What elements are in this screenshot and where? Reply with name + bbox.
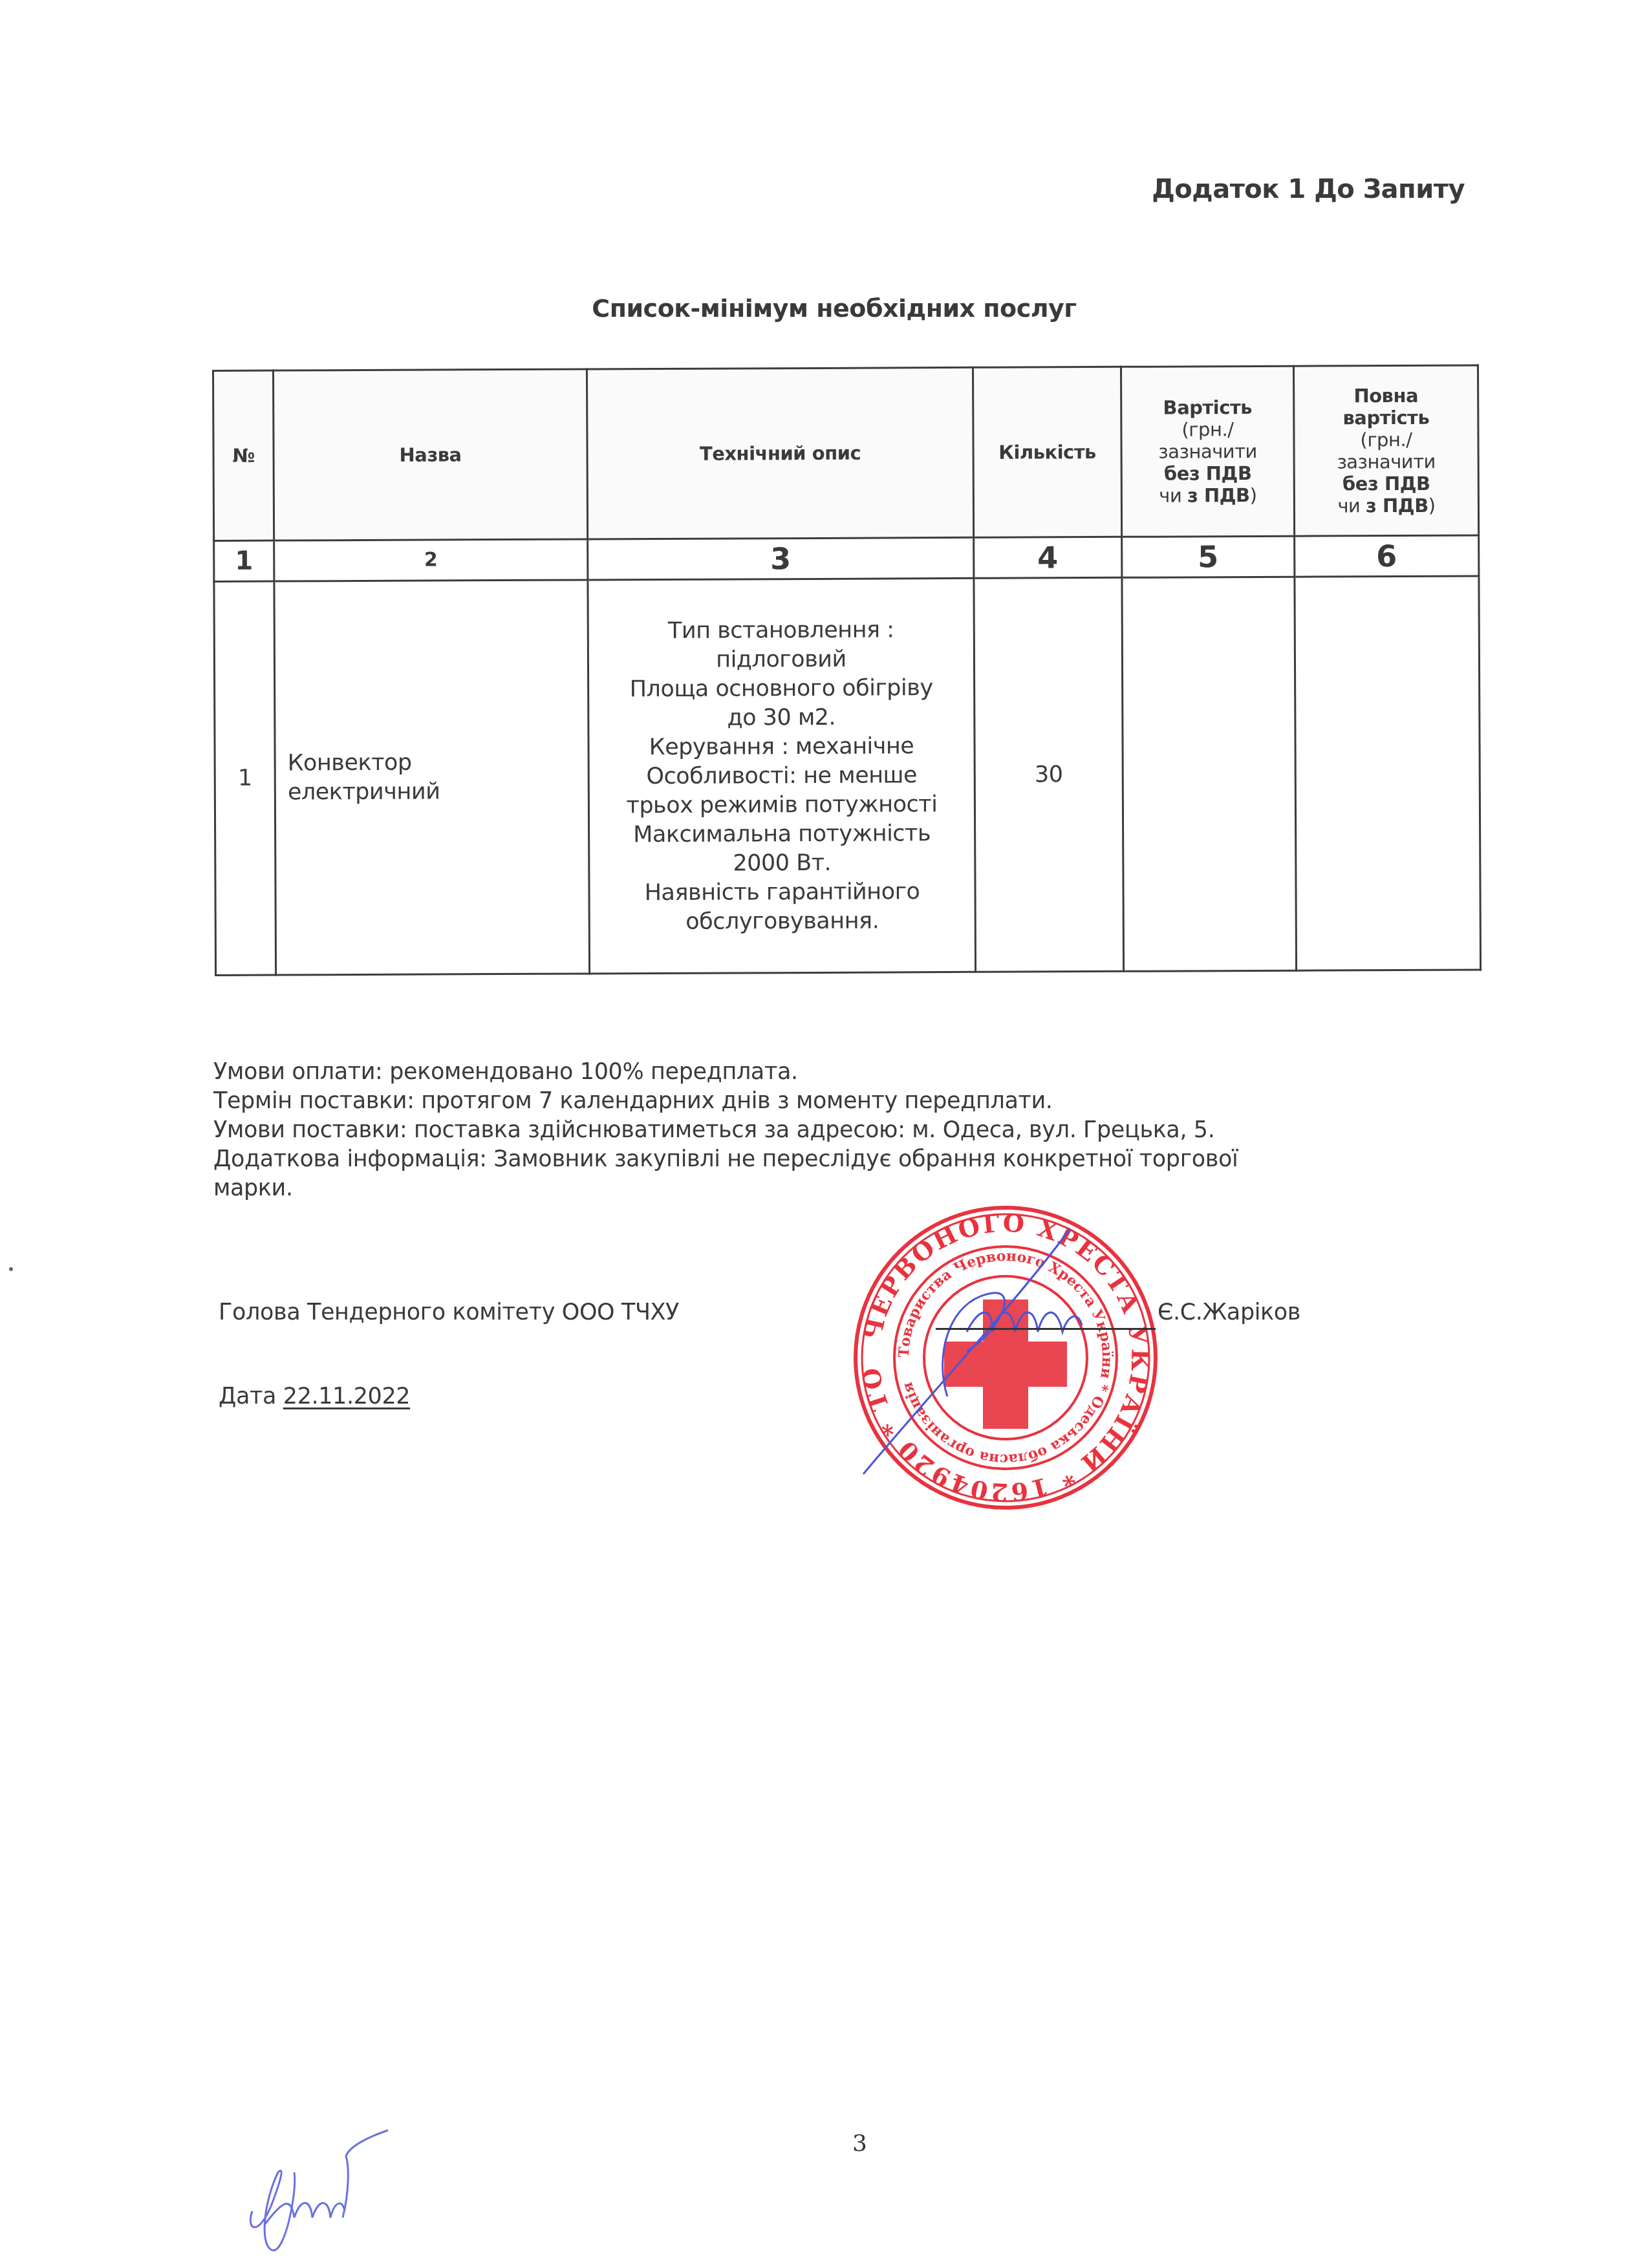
price-header-unit: (грн./: [1126, 418, 1289, 441]
red-cross-stamp-icon: ЧЕРВОНОГО ХРЕСТА УКРАЇНИ * 16204920 * ТО…: [850, 1203, 1161, 1513]
row-number-cell: 1: [214, 581, 276, 975]
table-row: 1 Конвектор електричний Тип встановлення…: [214, 576, 1481, 976]
description-line: обслуговування.: [594, 906, 971, 937]
column-number: 2: [274, 539, 588, 581]
description-line: Максимальна потужність: [594, 818, 970, 850]
date-label: Дата: [219, 1384, 283, 1409]
payment-terms: Умови оплати: рекомендовано 100% передпл…: [213, 1058, 1481, 1087]
total-header-vat-excluded: без ПДВ: [1299, 472, 1474, 495]
item-name-line: електричний: [288, 776, 584, 807]
price-header-with-vat: з ПДВ: [1187, 484, 1250, 506]
column-header-quantity: Кількість: [973, 367, 1121, 537]
total-header-paren: ): [1428, 495, 1436, 517]
price-header-vat-included: чи з ПДВ): [1126, 484, 1289, 507]
total-cell: [1295, 576, 1481, 970]
price-header-paren: ): [1250, 484, 1257, 506]
page-number: 3: [852, 2130, 867, 2157]
price-header-or: чи: [1159, 484, 1187, 506]
handwritten-initials-icon: [220, 2127, 491, 2263]
column-header-name: Назва: [274, 369, 588, 540]
additional-info-continued: марки.: [213, 1174, 1481, 1203]
description-line: Керування : механічне: [593, 731, 969, 762]
item-description-cell: Тип встановлення : підлоговий Площа осно…: [588, 578, 976, 974]
item-name-line: Конвектор: [288, 747, 584, 778]
document-title: Список-мінімум необхідних послуг: [0, 294, 1649, 323]
description-line: підлоговий: [593, 644, 969, 675]
delivery-term: Термін поставки: протягом 7 календарних …: [213, 1087, 1481, 1116]
column-number: 5: [1122, 536, 1295, 577]
description-line: Особливості: не менше: [594, 760, 970, 791]
terms-section: Умови оплати: рекомендовано 100% передпл…: [213, 1058, 1481, 1203]
price-header-vat-excluded: без ПДВ: [1126, 462, 1289, 485]
column-header-description: Технічний опис: [587, 367, 974, 539]
price-header-note: зазначити: [1126, 440, 1289, 463]
date-line: Дата 22.11.2022: [219, 1384, 410, 1409]
signature-line: [936, 1328, 1156, 1330]
total-header-title-2: вартість: [1299, 406, 1473, 429]
column-header-price: Вартість (грн./ зазначити без ПДВ чи з П…: [1121, 366, 1294, 537]
total-header-note: зазначити: [1299, 450, 1474, 473]
table-header-row: № Назва Технічний опис Кількість Вартіст…: [213, 365, 1479, 541]
column-header-total: Повна вартість (грн./ зазначити без ПДВ …: [1293, 365, 1478, 536]
delivery-conditions: Умови поставки: поставка здійснюватиметь…: [213, 1116, 1481, 1145]
price-header-title: Вартість: [1126, 396, 1289, 419]
total-header-vat-included: чи з ПДВ): [1299, 494, 1474, 517]
date-value: 22.11.2022: [283, 1384, 410, 1409]
description-line: 2000 Вт.: [594, 848, 970, 879]
additional-info: Додаткова інформація: Замовник закупівлі…: [213, 1145, 1481, 1174]
description-line: трьох режимів потужності: [594, 789, 970, 820]
column-numbers-row: 1 2 3 4 5 6: [214, 535, 1479, 582]
description-line: Площа основного обігріву: [593, 673, 969, 704]
description-line: до 30 м2.: [593, 702, 969, 733]
appendix-label: Додаток 1 До Запиту: [1152, 175, 1465, 204]
column-number: 6: [1295, 535, 1479, 577]
description-line: Наявність гарантійного: [594, 877, 970, 908]
column-number: 1: [214, 540, 274, 581]
signer-title: Голова Тендерного комітету ООО ТЧХУ: [219, 1300, 679, 1325]
total-header-with-vat: з ПДВ: [1366, 495, 1428, 517]
total-header-title-1: Повна: [1299, 384, 1473, 407]
item-name-cell: Конвектор електричний: [274, 580, 590, 975]
total-header-or: чи: [1337, 495, 1366, 517]
price-cell: [1122, 577, 1297, 971]
column-number: 3: [588, 537, 974, 580]
column-number: 4: [974, 537, 1122, 578]
services-table: № Назва Технічний опис Кількість Вартіст…: [212, 364, 1482, 976]
quantity-cell: 30: [974, 577, 1124, 972]
column-header-number: №: [213, 370, 274, 540]
signer-name: Є.С.Жаріков: [1158, 1300, 1300, 1325]
description-line: Тип встановлення :: [593, 615, 969, 646]
scan-artifact: [9, 1267, 13, 1271]
total-header-unit: (грн./: [1299, 428, 1473, 451]
